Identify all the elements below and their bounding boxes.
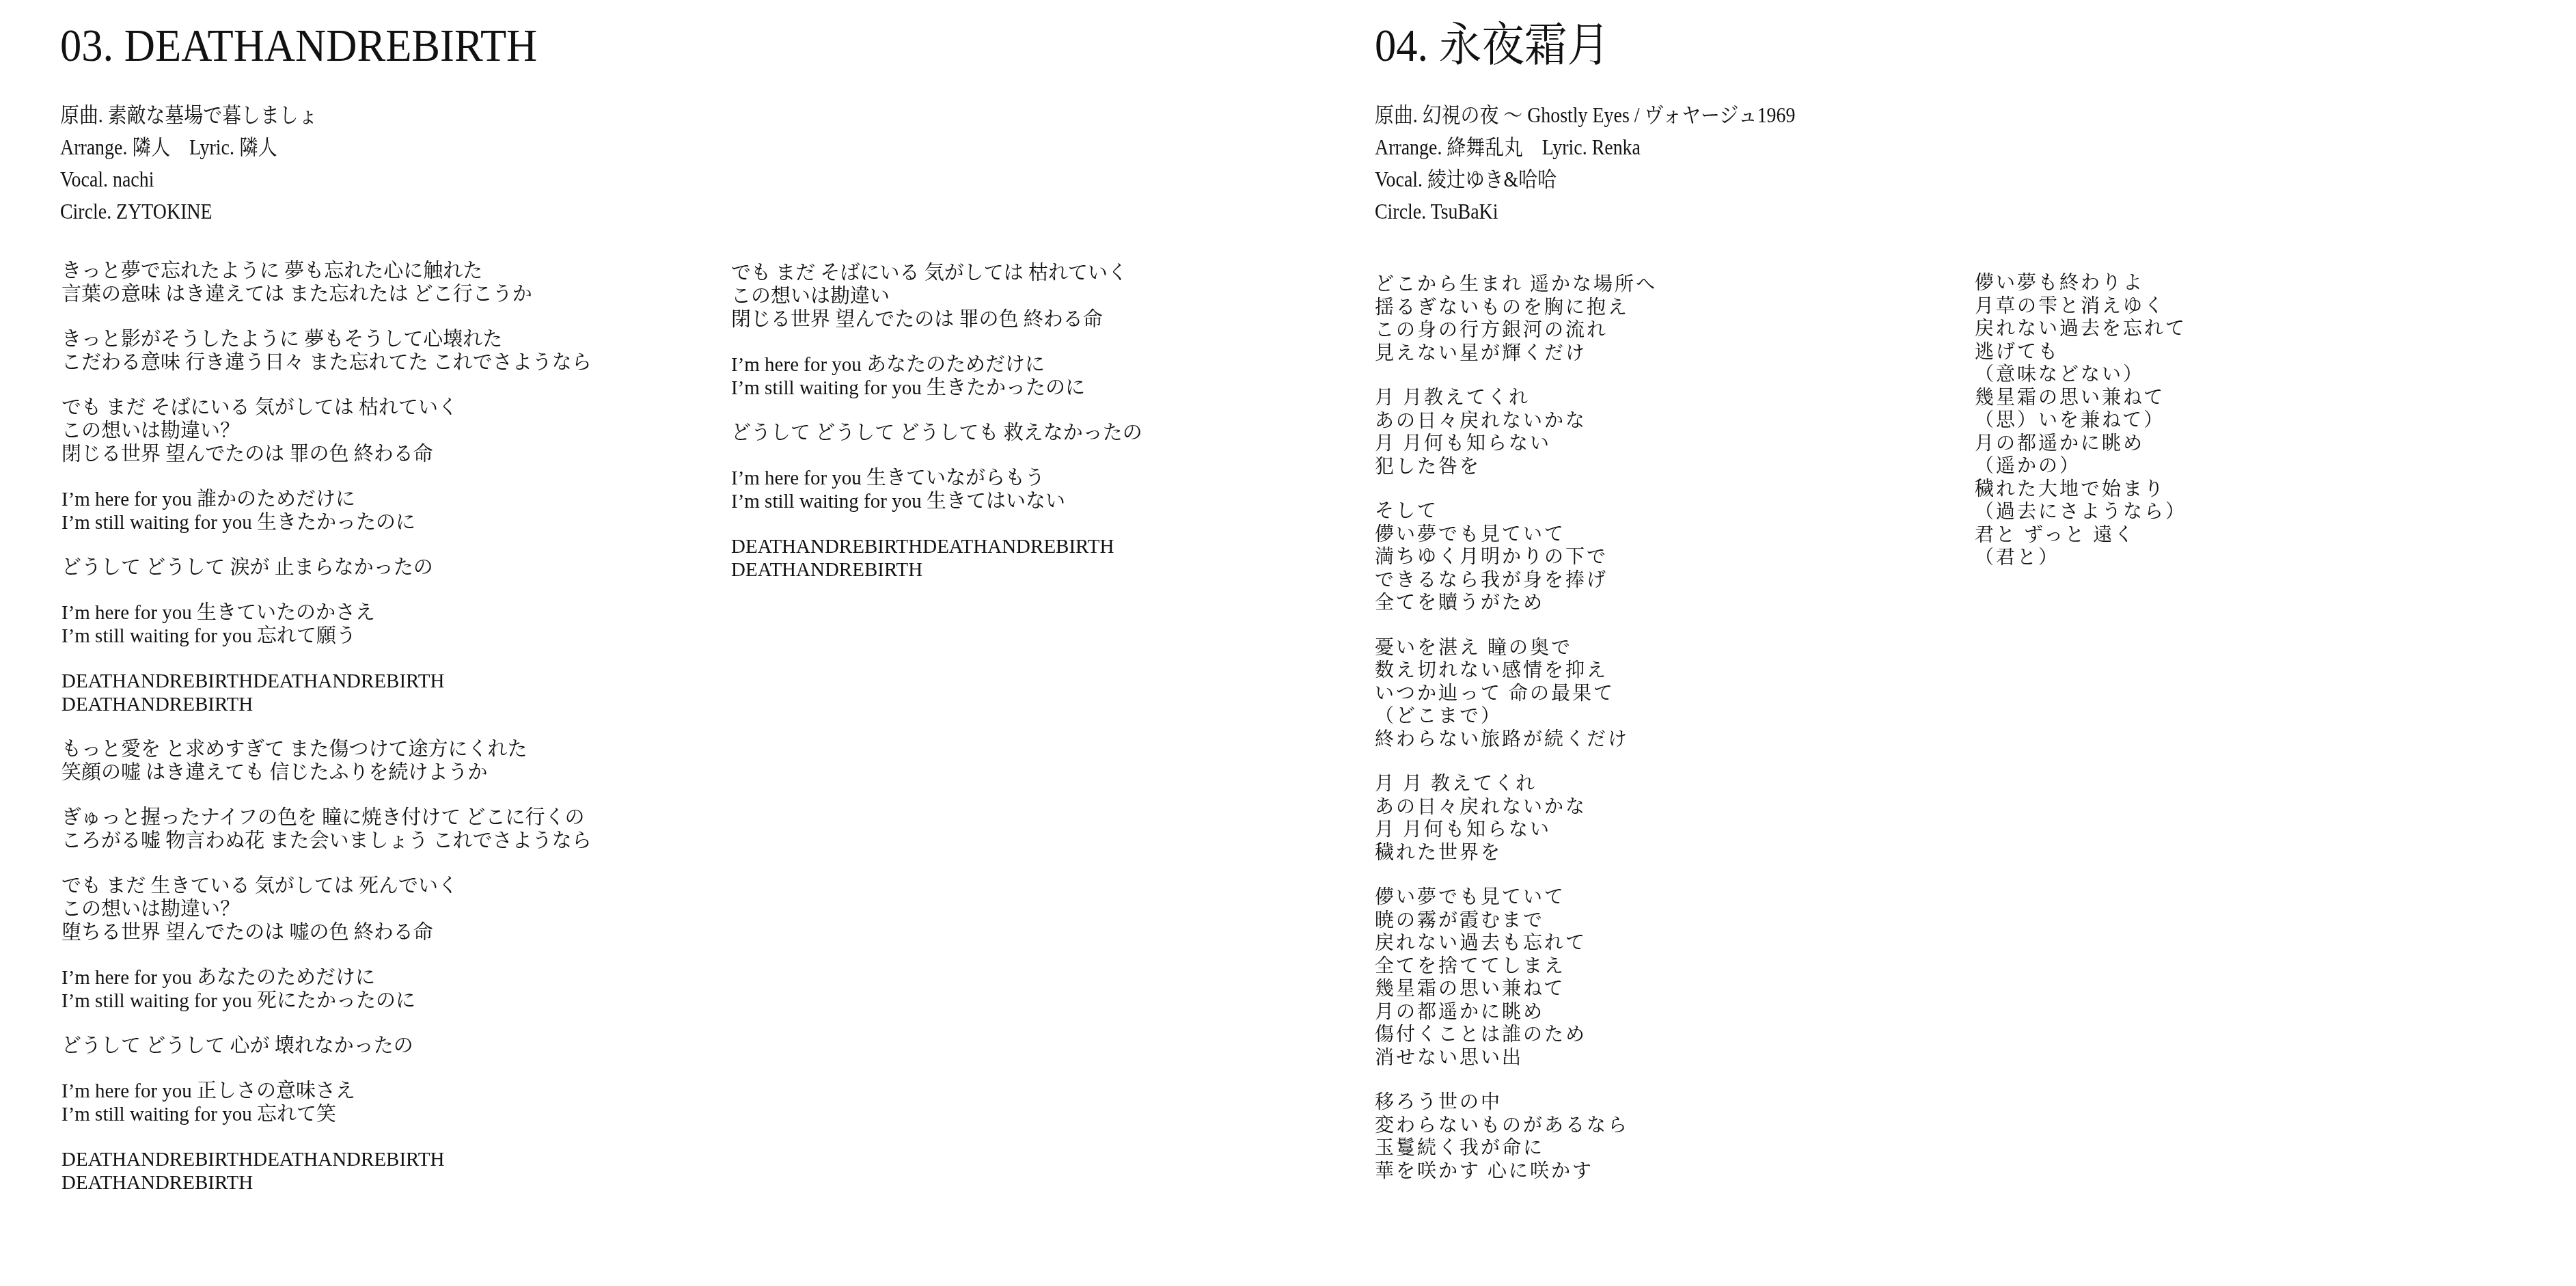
lyric-line: 月の都遥かに眺め — [1375, 1001, 1657, 1024]
lyric-line: 笑顔の嘘 はき違えても 信じたふりを続けようか — [61, 761, 592, 784]
lyric-line: 儚い夢でも見ていて — [1375, 886, 1657, 909]
lyric-line: 満ちゆく月明かりの下で — [1375, 546, 1657, 569]
lyric-line: 儚い夢も終わりよ — [1975, 272, 2187, 295]
credit-original: 原曲. 素敵な墓場で暮しましょ — [60, 99, 318, 131]
lyric-line: 穢れた世界を — [1375, 842, 1657, 865]
lyric-line: DEATHANDREBIRTHDEATHANDREBIRTH — [731, 535, 1142, 558]
lyric-stanza: I’m here for you 正しさの意味さえI’m still waiti… — [61, 1080, 592, 1126]
lyric-line: I’m here for you 生きていたのかさえ — [61, 601, 592, 625]
credit-circle: Circle. TsuBaKi — [1375, 195, 1795, 228]
lyric-stanza: 月 月 教えてくれあの日々戻れないかな月 月何も知らない穢れた世界を — [1375, 773, 1657, 864]
credit-vocal: Vocal. 綾辻ゆき&哈哈 — [1375, 163, 1795, 195]
song-title: 03. DEATHANDREBIRTH — [60, 18, 537, 72]
lyric-line: でも まだ そばにいる 気がしては 枯れていく — [61, 396, 592, 420]
song-credits: 原曲. 素敵な墓場で暮しましょ Arrange. 隣人 Lyric. 隣人 Vo… — [60, 99, 346, 228]
lyric-stanza: I’m here for you 生きていながらもうI’m still wait… — [731, 467, 1142, 513]
lyric-line: 月 月何も知らない — [1375, 433, 1657, 456]
lyric-stanza: 憂いを湛え 瞳の奥で数え切れない感情を抑えいつか辿って 命の最果て（どこまで）終… — [1375, 637, 1657, 752]
credit-arrange-lyric: Arrange. 絳舞乱丸 Lyric. Renka — [1375, 131, 1795, 163]
lyric-line: 全てを捨ててしまえ — [1375, 955, 1657, 979]
lyric-line: I’m here for you あなたのためだけに — [61, 966, 592, 989]
lyric-stanza: I’m here for you 生きていたのかさえI’m still wait… — [61, 601, 592, 648]
lyric-line: でも まだ 生きている 気がしては 死んでいく — [61, 875, 592, 898]
lyric-stanza: でも まだ 生きている 気がしては 死んでいくこの想いは勘違い？堕ちる世界 望ん… — [61, 875, 592, 944]
lyric-line: 玉鬘続く我が命に — [1375, 1137, 1657, 1160]
lyric-stanza: どこから生まれ 遥かな場所へ揺るぎないものを胸に抱えこの身の行方銀河の流れ見えな… — [1375, 273, 1657, 365]
lyric-stanza: 月 月教えてくれあの日々戻れないかな月 月何も知らない犯した咎を — [1375, 387, 1657, 478]
lyric-line: もっと愛を と求めすぎて また傷つけて途方にくれた — [61, 738, 592, 761]
lyric-line: 月 月 教えてくれ — [1375, 773, 1657, 796]
lyric-line: DEATHANDREBIRTHDEATHANDREBIRTH — [61, 670, 592, 693]
lyric-line: いつか辿って 命の最果て — [1375, 683, 1657, 706]
lyric-line: 憂いを湛え 瞳の奥で — [1375, 637, 1657, 660]
song-credits: 原曲. 幻視の夜 ～ Ghostly Eyes / ヴォヤージュ1969 Arr… — [1375, 99, 1842, 228]
lyric-line: 逃げても — [1975, 341, 2187, 364]
lyric-line: この身の行方銀河の流れ — [1375, 319, 1657, 342]
lyric-line: 移ろう世の中 — [1375, 1091, 1657, 1114]
lyric-line: 暁の霧が霞むまで — [1375, 909, 1657, 933]
lyric-line: どうして どうして 涙が 止まらなかったの — [61, 556, 592, 579]
lyric-line: きっと夢で忘れたように 夢も忘れた心に触れた — [61, 260, 592, 283]
lyric-stanza: きっと夢で忘れたように 夢も忘れた心に触れた言葉の意味 はき違えては また忘れた… — [61, 260, 592, 306]
lyric-line: どうして どうして どうしても 救えなかったの — [731, 422, 1142, 445]
lyric-stanza: そして儚い夢でも見ていて満ちゆく月明かりの下でできるなら我が身を捧げ全てを贖うが… — [1375, 500, 1657, 615]
lyric-line: 堕ちる世界 望んでたのは 嘘の色 終わる命 — [61, 921, 592, 944]
lyric-line: 幾星霜の思い兼ねて — [1975, 387, 2187, 410]
lyric-line: DEATHANDREBIRTH — [61, 693, 592, 716]
lyric-line: 華を咲かす 心に咲かす — [1375, 1160, 1657, 1184]
lyric-stanza: DEATHANDREBIRTHDEATHANDREBIRTHDEATHANDRE… — [61, 1148, 592, 1194]
lyric-stanza: 儚い夢でも見ていて暁の霧が霞むまで戻れない過去も忘れて全てを捨ててしまえ幾星霜の… — [1375, 886, 1657, 1069]
lyric-line: 閉じる世界 望んでたのは 罪の色 終わる命 — [731, 308, 1142, 331]
lyric-stanza: どうして どうして どうしても 救えなかったの — [731, 422, 1142, 445]
lyric-line: I’m here for you 誰かのためだけに — [61, 488, 592, 511]
lyric-line: 幾星霜の思い兼ねて — [1375, 978, 1657, 1001]
credit-vocal: Vocal. nachi — [60, 163, 318, 195]
lyric-line: （どこまで） — [1375, 705, 1657, 728]
credit-arrange-lyric: Arrange. 隣人 Lyric. 隣人 — [60, 131, 318, 163]
lyric-line: きっと影がそうしたように 夢もそうして心壊れた — [61, 328, 592, 351]
lyric-stanza: DEATHANDREBIRTHDEATHANDREBIRTHDEATHANDRE… — [731, 535, 1142, 582]
lyric-line: 穢れた大地で始まり — [1975, 478, 2187, 502]
lyric-line: I’m still waiting for you 生きたかったのに — [731, 377, 1142, 400]
lyric-line: 月 月教えてくれ — [1375, 387, 1657, 410]
lyric-line: できるなら我が身を捧げ — [1375, 569, 1657, 592]
lyric-line: （遥かの） — [1975, 455, 2187, 478]
lyric-stanza: どうして どうして 涙が 止まらなかったの — [61, 556, 592, 579]
lyric-stanza: I’m here for you あなたのためだけにI’m still wait… — [61, 966, 592, 1013]
song-title: 04. 永夜霜月 — [1375, 18, 1610, 72]
lyric-stanza: I’m here for you 誰かのためだけにI’m still waiti… — [61, 488, 592, 534]
lyric-line: 月 月何も知らない — [1375, 819, 1657, 842]
lyric-line: でも まだ そばにいる 気がしては 枯れていく — [731, 262, 1142, 285]
lyric-line: この想いは勘違い？ — [61, 898, 592, 921]
lyric-line: 犯した咎を — [1375, 456, 1657, 479]
lyric-line: （思）いを兼ねて） — [1975, 409, 2187, 433]
lyrics-column-2: 儚い夢も終わりよ月草の雫と消えゆく戻れない過去を忘れて逃げても（意味などない）幾… — [1975, 272, 2187, 592]
lyric-line: I’m here for you あなたのためだけに — [731, 353, 1142, 377]
lyric-line: 戻れない過去を忘れて — [1975, 318, 2187, 341]
lyric-line: 月草の雫と消えゆく — [1975, 295, 2187, 318]
lyric-line: こだわる意味 行き違う日々 また忘れてた これでさようなら — [61, 351, 592, 374]
lyric-line: DEATHANDREBIRTH — [731, 558, 1142, 582]
lyric-line: 月の都遥かに眺め — [1975, 433, 2187, 456]
lyric-line: DEATHANDREBIRTH — [61, 1171, 592, 1194]
lyric-line: I’m here for you 生きていながらもう — [731, 467, 1142, 490]
lyrics-column-2: でも まだ そばにいる 気がしては 枯れていくこの想いは勘違い閉じる世界 望んで… — [731, 262, 1142, 603]
lyric-line: 見えない星が輝くだけ — [1375, 342, 1657, 366]
lyric-line: I’m still waiting for you 忘れて笑 — [61, 1103, 592, 1126]
lyric-stanza: I’m here for you あなたのためだけにI’m still wait… — [731, 353, 1142, 400]
lyric-line: 終わらない旅路が続くだけ — [1375, 728, 1657, 752]
lyric-line: 揺るぎないものを胸に抱え — [1375, 297, 1657, 320]
lyric-stanza: きっと影がそうしたように 夢もそうして心壊れたこだわる意味 行き違う日々 また忘… — [61, 328, 592, 374]
lyric-line: （君と） — [1975, 547, 2187, 570]
lyric-stanza: 移ろう世の中変わらないものがあるなら玉鬘続く我が命に華を咲かす 心に咲かす — [1375, 1091, 1657, 1183]
lyric-stanza: どうして どうして 心が 壊れなかったの — [61, 1035, 592, 1058]
lyric-line: I’m still waiting for you 生きてはいない — [731, 490, 1142, 513]
credit-circle: Circle. ZYTOKINE — [60, 195, 318, 228]
lyric-line: あの日々戻れないかな — [1375, 796, 1657, 819]
lyric-stanza: DEATHANDREBIRTHDEATHANDREBIRTHDEATHANDRE… — [61, 670, 592, 716]
lyric-stanza: ぎゅっと握ったナイフの色を 瞳に焼き付けて どこに行くのころがる嘘 物言わぬ花 … — [61, 806, 592, 853]
lyric-line: 言葉の意味 はき違えては また忘れたは どこ行こうか — [61, 283, 592, 306]
lyric-stanza: でも まだ そばにいる 気がしては 枯れていくこの想いは勘違い閉じる世界 望んで… — [731, 262, 1142, 331]
lyric-stanza: もっと愛を と求めすぎて また傷つけて途方にくれた笑顔の嘘 はき違えても 信じた… — [61, 738, 592, 784]
lyric-line: この想いは勘違い？ — [61, 420, 592, 443]
lyric-line: 傷付くことは誰のため — [1375, 1024, 1657, 1047]
lyric-line: あの日々戻れないかな — [1375, 410, 1657, 433]
lyric-stanza: でも まだ そばにいる 気がしては 枯れていくこの想いは勘違い？閉じる世界 望ん… — [61, 396, 592, 466]
credit-original: 原曲. 幻視の夜 ～ Ghostly Eyes / ヴォヤージュ1969 — [1375, 99, 1795, 131]
lyric-line: どこから生まれ 遥かな場所へ — [1375, 273, 1657, 297]
lyric-line: 儚い夢でも見ていて — [1375, 523, 1657, 547]
lyric-line: どうして どうして 心が 壊れなかったの — [61, 1035, 592, 1058]
lyric-line: 戻れない過去も忘れて — [1375, 932, 1657, 955]
lyrics-column-1: きっと夢で忘れたように 夢も忘れた心に触れた言葉の意味 はき違えては また忘れた… — [61, 260, 592, 1216]
lyric-line: 全てを贖うがため — [1375, 592, 1657, 615]
lyric-line: （意味などない） — [1975, 364, 2187, 387]
lyric-line: ぎゅっと握ったナイフの色を 瞳に焼き付けて どこに行くの — [61, 806, 592, 830]
lyric-line: そして — [1375, 500, 1657, 523]
lyric-line: DEATHANDREBIRTHDEATHANDREBIRTH — [61, 1148, 592, 1171]
lyric-stanza: 儚い夢も終わりよ月草の雫と消えゆく戻れない過去を忘れて逃げても（意味などない）幾… — [1975, 272, 2187, 570]
lyric-line: I’m still waiting for you 忘れて願う — [61, 625, 592, 648]
lyric-line: 消せない思い出 — [1375, 1047, 1657, 1070]
lyric-line: 数え切れない感情を抑え — [1375, 659, 1657, 683]
lyric-line: I’m here for you 正しさの意味さえ — [61, 1080, 592, 1103]
lyrics-column-1: どこから生まれ 遥かな場所へ揺るぎないものを胸に抱えこの身の行方銀河の流れ見えな… — [1375, 273, 1657, 1205]
lyric-line: 変わらないものがあるなら — [1375, 1114, 1657, 1138]
lyric-line: I’m still waiting for you 死にたかったのに — [61, 989, 592, 1013]
lyric-line: この想いは勘違い — [731, 285, 1142, 308]
lyric-line: ころがる嘘 物言わぬ花 また会いましょう これでさようなら — [61, 830, 592, 853]
lyric-line: I’m still waiting for you 生きたかったのに — [61, 511, 592, 534]
lyric-line: 君と ずっと 遠く — [1975, 524, 2187, 547]
lyric-line: 閉じる世界 望んでたのは 罪の色 終わる命 — [61, 443, 592, 466]
lyric-line: （過去にさようなら） — [1975, 501, 2187, 524]
